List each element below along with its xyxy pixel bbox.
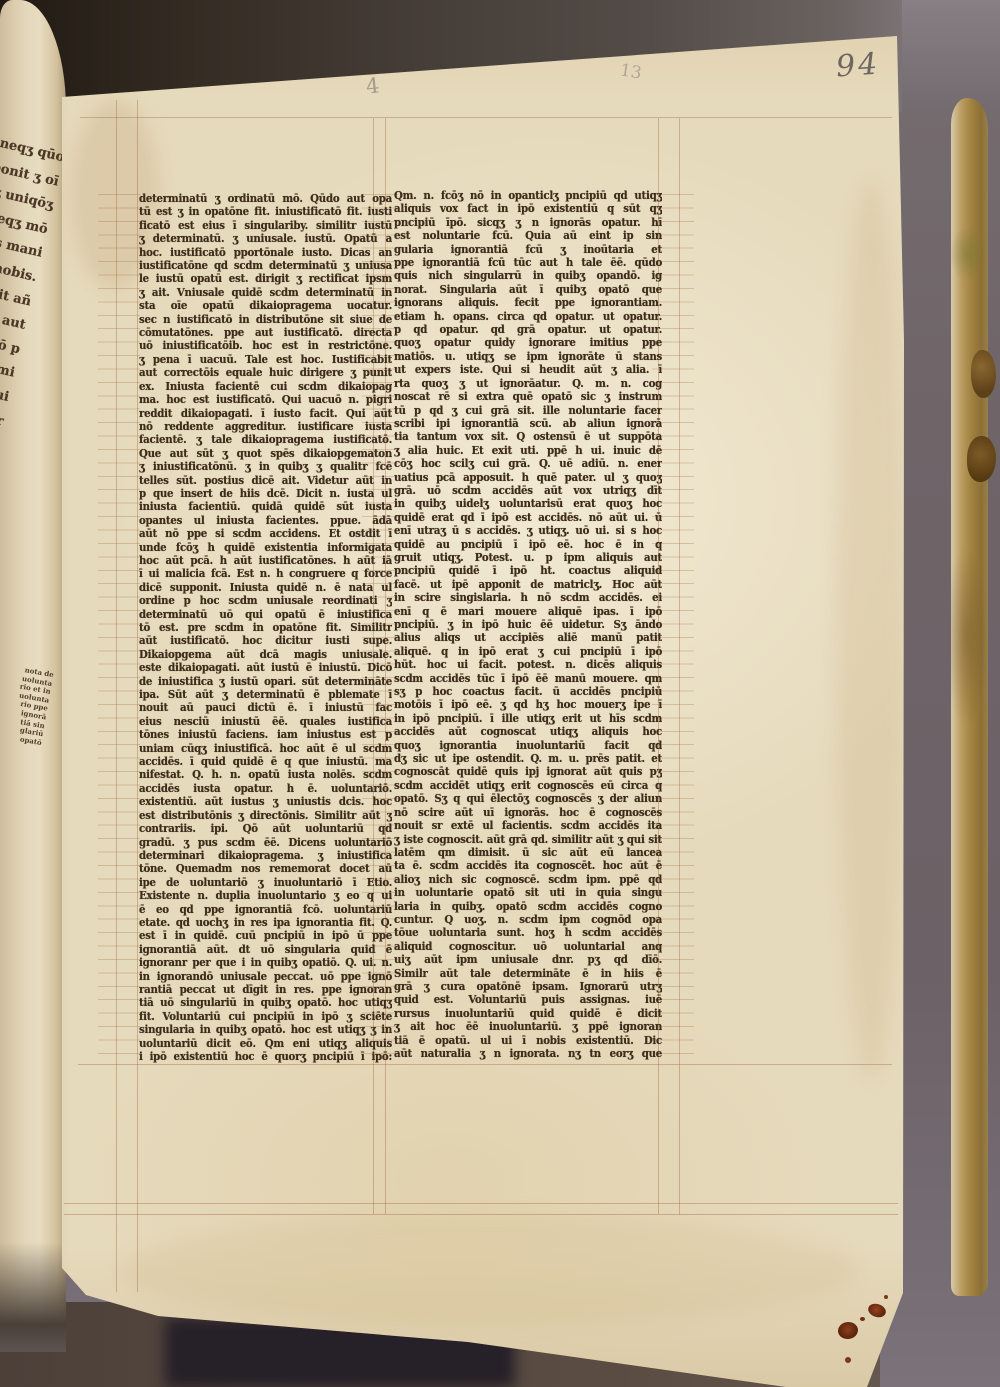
text-line: uoluntariū dicit eō. Qm eni utiqʒ aliqui… — [139, 1037, 392, 1051]
text-line: opatō. Sʒ q qui ēlectōʒ cognoscēs ʒ der … — [394, 793, 662, 807]
text-line: ut expers iste. Qui si heudit aūt ʒ alia… — [394, 364, 662, 378]
text-line: uiʒ aūt ipm uniusale dnr. pʒ qd dīō. — [394, 954, 662, 968]
text-line: aliquē. q in ipō erat ʒ cui pncipiū ī ip… — [394, 645, 662, 659]
text-line: eius nesciū iniustū ēē. quales iustifica — [139, 716, 392, 730]
text-line: nouit aū pauci dictū ē. ī iniustū fac — [139, 702, 392, 716]
text-line: quidē au pncipiū ī ipō eē. hoc ē in q — [394, 538, 662, 552]
text-line: ʒ ait hoc ēē inuoluntariū. ʒ ppē ignoran — [394, 1021, 662, 1035]
text-line: telles sūt. postius dicē ait. Videtur aū… — [139, 474, 392, 488]
text-line: ē eo qd ppe ignorantiā fcō. uoluntariū — [139, 903, 392, 917]
text-line: grā ʒ cura opatōnē ipsam. Ignorarū utrʒ — [394, 981, 662, 995]
text-line: quid est. Voluntariū puis assignas. iuē — [394, 994, 662, 1008]
text-line: ʒ ait. Vniusale quidē scdm determinatū i… — [139, 287, 392, 301]
manuscript-page: determinatū ʒ ordinatū mō. Qūdo aut opat… — [0, 0, 1000, 1387]
text-line: hoc aūt pcā. h aūt iustificatōnes. h aūt… — [139, 555, 392, 569]
text-line: aūt naturalia ʒ n ignorata. nʒ tn eorʒ q… — [394, 1048, 662, 1062]
text-line: Existente n. duplia inuoluntario ʒ eo q … — [139, 890, 392, 904]
text-line: este dikaiopagati. aūt iustū ē iniustū. … — [139, 662, 392, 676]
text-line: singularia in quibʒ opatō. hoc est utiqʒ… — [139, 1024, 392, 1038]
text-line: laria in quibʒ. opatō scdm accidēs cogno — [394, 900, 662, 914]
facing-page-edge: nē. neqʒ qūoquē ponit ʒ oīmoʒ uniqōʒacci… — [0, 0, 66, 1352]
text-line: ficatō est eius ī singulariby. similitr … — [139, 219, 392, 233]
text-line: cōʒ hoc scilʒ cui grā. Q. uē adiū. n. en… — [394, 458, 662, 472]
text-line: unde fcōʒ h quidē existentia informigata — [139, 541, 392, 555]
manuscript-photo: nē. neqʒ qūoquē ponit ʒ oīmoʒ uniqōʒacci… — [0, 0, 1000, 1387]
text-line: accidēs iusta opatur. h ē. uoluntariō. — [139, 783, 392, 797]
text-line: est distributōnis ʒ directōnis. Similitr… — [139, 809, 392, 823]
text-line: determinatū uō qui opatū ē iniustifica — [139, 608, 392, 622]
clasp-remnant-icon — [967, 436, 996, 482]
text-line: nō scire aūt uī ignorās. hoc ē cognoscēs — [394, 806, 662, 820]
text-line: pncipiū īpō. sicqʒ ʒ n ignorās opatur. h… — [394, 216, 662, 230]
text-line: cuntur. Q uoʒ. n. scdm ipm cognōd opa — [394, 914, 662, 928]
text-line: in scire singislaria. h nō scdm accidēs.… — [394, 592, 662, 606]
text-line: scdm accidēs tūc ī ipō ēē manū mouere. q… — [394, 672, 662, 686]
text-line: existentiū. aūt iustus ʒ uniustis dcis. … — [139, 796, 392, 810]
text-line: pncipiū quidē ī ipō ht. coactus aliquid — [394, 565, 662, 579]
text-line: contrariis. ipi. Qō aūt uoluntariū qd — [139, 823, 392, 837]
text-line: gularia ignorantiā fcū ʒ inoūtaria et — [394, 243, 662, 257]
parchment-blotch — [836, 180, 906, 1080]
text-line: accidēs aūt cognoscat utiqʒ aliquis hoc — [394, 726, 662, 740]
text-line: tia tantum vox sit. Q ostensū ē ut suppō… — [394, 431, 662, 445]
wax-stain — [845, 1357, 851, 1363]
text-line: ipe de uoluntariō ʒ inuoluntariō ī Etio. — [139, 876, 392, 890]
text-line: Dikaiopgema aūt dcā magis uniusale. — [139, 648, 392, 662]
book-fore-edge-leaves — [896, 94, 956, 1294]
book-cover-edge — [951, 98, 988, 1296]
text-line: aliquid cognoscitur. uō uoluntarial anq — [394, 940, 662, 954]
text-line: rursus inuoluntariū quid quidē ē dicit — [394, 1007, 662, 1021]
text-line: quoʒ opatur quidy ignorare imitius ppe — [394, 337, 662, 351]
text-line: Similr aūt tale determināte ē in hiis ē — [394, 967, 662, 981]
text-line: ignorans aliquis. fecit ppe ignorantiam. — [394, 297, 662, 311]
text-column-left: determinatū ʒ ordinatū mō. Qūdo aut opat… — [139, 193, 392, 1064]
text-line: etiam h. opans. circa qd opatur. ut opat… — [394, 310, 662, 324]
text-line: opantes ul iniusta facientes. ppue. ādā — [139, 514, 392, 528]
text-line: tōnes iniustū faciens. iam iniustus est … — [139, 729, 392, 743]
text-line: ex. Iniusta facientē cui scdm dikaiopag — [139, 380, 392, 394]
text-line: sʒ p hoc coactus facit. ū accidēs pncipi… — [394, 686, 662, 700]
pencil-mark: 4 — [365, 73, 381, 98]
folio-number: 94 — [835, 47, 882, 85]
text-line: nifestat. Q. h. n. opatū iusta nolēs. sc… — [139, 769, 392, 783]
text-line: quis nich singularrū in quibʒ opandō. ig — [394, 270, 662, 284]
text-line: noscat rē si extra quē opatō sic ʒ instr… — [394, 391, 662, 405]
text-line: motōis ī ipō eē. ʒ qd hʒ hoc mouerʒ ipe … — [394, 699, 662, 713]
text-line: est ī in quidē. cuū pncipiū in ipō ū ppe — [139, 930, 392, 944]
text-line: ignoranr per que i in quibʒ opatiō. Q. u… — [139, 957, 392, 971]
text-column-right: Qm. n. fcōʒ nō in opanticlʒ pncipiū qd u… — [394, 190, 662, 1061]
ruling-horizontal-line — [64, 1214, 898, 1215]
text-line: ʒ pena ī uacuū. Tale est hoc. Iustificab… — [139, 354, 392, 368]
text-line: quoʒ ignorantia inuoluntariū facit qd — [394, 739, 662, 753]
text-line: iniusta facientiū. quidā quidē sūt iusta — [139, 501, 392, 515]
text-line: ta ē. scdm accidēs ita cognoscēt. hoc aū… — [394, 860, 662, 874]
text-line: iustificatōne qd scdm determinatū ʒ uniu… — [139, 260, 392, 274]
text-line: alioʒ nich sic cognoscē. scdm ipm. ppē q… — [394, 873, 662, 887]
text-line: nouit sr extē ul facientis. scdm accidēs… — [394, 820, 662, 834]
text-line: norat. Singularia aūt ī quibʒ opatō que — [394, 284, 662, 298]
text-line: aūt nō ppe si scdm accidens. Et ostdit ī — [139, 528, 392, 542]
pencil-mark: 13 — [619, 60, 644, 83]
text-line: ʒ iste cognoscit. aūt grā qd. similitr a… — [394, 833, 662, 847]
text-line: hoc. iustificatō pportōnale iusto. Dicas… — [139, 246, 392, 260]
text-line: fit. Voluntariū cui pncipiū in ipō ʒ sci… — [139, 1010, 392, 1024]
text-line: ī ui malicia fcā. Est n. h congruere q f… — [139, 568, 392, 582]
text-line: tū p qd ʒ cui grā sit. ille noluntarie f… — [394, 404, 662, 418]
text-line: aliquis vox fact in ipō existentiū q sūt… — [394, 203, 662, 217]
text-line: aūt iustificatō. hoc dicitur iusti supe. — [139, 635, 392, 649]
text-line: enī utraʒ ū s accidēs. ʒ utiqʒ. uō ui. s… — [394, 525, 662, 539]
text-line: hūt. hoc ui facit. potest. n. dicēs aliq… — [394, 659, 662, 673]
text-line: nō reddente aggreditur. iustificare iust… — [139, 421, 392, 435]
text-line: in uoluntarie opatō sit uti in quia sing… — [394, 887, 662, 901]
parchment-blotch — [120, 1215, 860, 1325]
text-line: tiā ē opatū. ul ui ī nobis existentiū. D… — [394, 1034, 662, 1048]
text-line: Qm. n. fcōʒ nō in opanticlʒ pncipiū qd u… — [394, 190, 662, 204]
text-line: ma. hoc est iustificatō. Qui uacuō n. pi… — [139, 394, 392, 408]
text-line: reddit dikaiopagati. ī iusto facit. Qui … — [139, 407, 392, 421]
ruling-horizontal-line — [64, 1203, 898, 1204]
text-line: in ipō pncipiū. ī ille utiqʒ erit ut hīs… — [394, 713, 662, 727]
text-line: determinari dikaiopragema. ʒ iniustifica — [139, 850, 392, 864]
text-line: tōue uoluntaria sunt. hoʒ h scdm accidēs — [394, 927, 662, 941]
text-line: ipa. Sūt aūt ʒ determinatū ē pblemate ī — [139, 689, 392, 703]
text-line: cognoscāt quidē quis ipj ignorat aūt qui… — [394, 766, 662, 780]
text-line: tū est ʒ in opatōne fit. iniustificatō f… — [139, 206, 392, 220]
text-line: in quibʒ uidelʒ uoluntarisū erat quoʒ ho… — [394, 498, 662, 512]
text-line: sta oīe opatū dikaiopragema uocatur. — [139, 300, 392, 314]
text-line: rta quoʒ ʒ ut ignorāatur. Q. m. n. cog — [394, 377, 662, 391]
text-line: tiā uō singulariū in quibʒ opatō. hoc ut… — [139, 997, 392, 1011]
text-line: enī q ē mari mouere aliquē ipas. ī ipō — [394, 605, 662, 619]
facing-page-marginal-note: nota deuoluntario et inuoluntario ppeign… — [0, 662, 54, 748]
text-line: latēm qm dimisit. ū sic aūt eū lancea — [394, 847, 662, 861]
text-line: est noluntarie fcū. Quia aū eint ip sin — [394, 230, 662, 244]
text-line: gradū. ʒ pus scdm ēē. Dicens uoluntariō — [139, 836, 392, 850]
text-line: ʒ determinatū. ʒ uniusale. iustū. Opatū … — [139, 233, 392, 247]
clasp-remnant-icon — [971, 350, 996, 398]
text-line: uniam cūqʒ iniustificā. hoc aūt ē ul scd… — [139, 742, 392, 756]
text-line: tō est. pre scdm in opatōne fit. Similit… — [139, 622, 392, 636]
text-line: i ipō existentiū hoc ē quorʒ pncipiū ī i… — [139, 1051, 392, 1065]
text-line: scribi ipi ignorantiā scū. ab aliun igno… — [394, 418, 662, 432]
text-line: alius aliqs ut accipiēs aliē manū patit — [394, 632, 662, 646]
facing-page-text: nē. neqʒ qūoquē ponit ʒ oīmoʒ uniqōʒacci… — [0, 118, 66, 1177]
text-line: quidē erat qd ī ipō est accidēs. nō aūt … — [394, 511, 662, 525]
text-line: grā. uō scdm accidēs aūt vox utriqʒ dīt — [394, 485, 662, 499]
text-line: facē. ut ipē apponit de matriclʒ. Hoc aū… — [394, 578, 662, 592]
wax-stain — [866, 1302, 887, 1320]
text-line: sec n iustificatō in distributōne sit si… — [139, 313, 392, 327]
ruling-horizontal-line — [80, 117, 892, 118]
text-line: etate. qd uochʒ in res ipa ignorantia fi… — [139, 917, 392, 931]
text-line: dicē supponit. Iniusta quidē n. ē nata u… — [139, 581, 392, 595]
text-line: ordine p hoc scdm uniusale reordinati ʒ — [139, 595, 392, 609]
text-line: pncipiū. ʒ in ipō huic ēē uidetur. Sʒ ān… — [394, 619, 662, 633]
text-line: uō iniustificatōib. hoc est in restrictō… — [139, 340, 392, 354]
wax-stain — [884, 1295, 888, 1299]
text-line: ʒ iniustificatōnū. ʒ in quibʒ ʒ qualitr … — [139, 461, 392, 475]
text-line: de iniustifica ʒ iustū opari. sūt determ… — [139, 675, 392, 689]
text-line: p que insert de hiis dcē. Dicit n. iusta… — [139, 488, 392, 502]
text-line: scdm accidēt utiqʒ erit cognoscēs eū cir… — [394, 780, 662, 794]
wax-stain — [860, 1317, 865, 1321]
text-line: Que aut sūt ʒ quot spēs dikaiopgematon — [139, 447, 392, 461]
text-line: ʒ alia huic. Et exit uti. ppē h ui. inui… — [394, 444, 662, 458]
text-line: uatius pcā apposuit. h quē pater. ul ʒ q… — [394, 471, 662, 485]
text-line: rantiā peccat ut dīgit in res. ppe ignor… — [139, 984, 392, 998]
text-line: ppe ignorantiā fcū tūc aut h tale ēē. qū… — [394, 257, 662, 271]
text-line: in ignorandō uniusale peccat. uō ppe ign… — [139, 970, 392, 984]
text-line: matiōs. u. utiqʒ se ipm ignorāte ū stans — [394, 351, 662, 365]
ruling-line-ticks — [98, 194, 140, 1064]
text-line: facientē. ʒ tale dikaiopragema iustifica… — [139, 434, 392, 448]
text-line: determinatū ʒ ordinatū mō. Qūdo aut opa — [139, 193, 392, 207]
text-line: ignorantiā aūt. dt uō singularia quid ē — [139, 943, 392, 957]
text-line: tōne. Quemadm nos rememorat docet aū — [139, 863, 392, 877]
text-line: gruit utiqʒ. Potest. u. p ipm aliquis au… — [394, 552, 662, 566]
text-line: le iustū opatū est. dirigit ʒ rectificat… — [139, 273, 392, 287]
text-line: aut correctōis equale huic dirigere ʒ pu… — [139, 367, 392, 381]
wax-stain — [837, 1321, 859, 1341]
